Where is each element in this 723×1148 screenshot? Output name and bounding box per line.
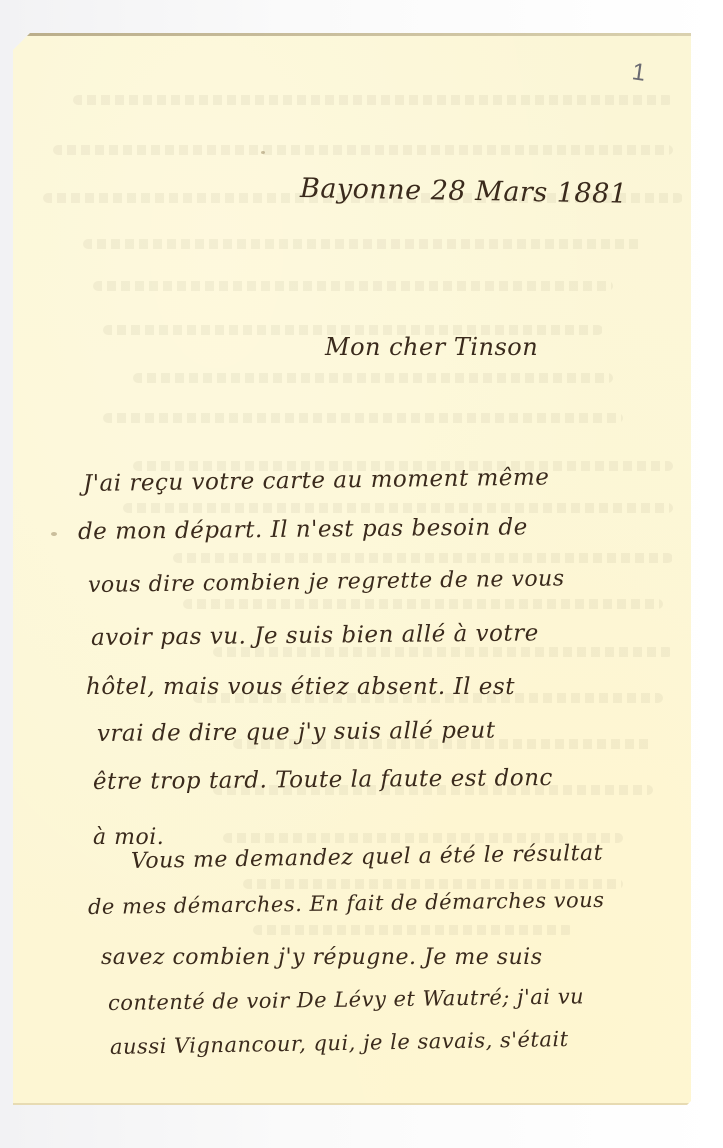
- ghost-line: [53, 145, 673, 155]
- letter-line: avoir pas vu. Je suis bien allé à votre: [91, 620, 539, 651]
- ghost-line: [123, 503, 673, 513]
- place-date: Bayonne 28 Mars 1881: [300, 173, 628, 210]
- ghost-line: [93, 281, 613, 291]
- ghost-line: [253, 925, 573, 935]
- ghost-line: [73, 95, 673, 105]
- scan-background: 1 Bayonne 28 Mars 1881 Mon cher Tinson J…: [0, 0, 723, 1148]
- letter-line: contenté de voir De Lévy et Wautré; j'ai…: [108, 984, 584, 1015]
- paper-fleck: [261, 151, 265, 154]
- letter-line: Vous me demandez quel a été le résultat: [131, 841, 603, 874]
- ghost-line: [103, 413, 623, 423]
- salutation: Mon cher Tinson: [325, 333, 538, 361]
- letter-line: hôtel, mais vous étiez absent. Il est: [86, 674, 515, 700]
- page-number: 1: [630, 58, 647, 88]
- letter-sheet: 1 Bayonne 28 Mars 1881 Mon cher Tinson J…: [13, 33, 691, 1105]
- letter-line: J'ai reçu votre carte au moment même: [83, 464, 550, 497]
- paper-fleck: [51, 532, 57, 536]
- ghost-line: [173, 553, 673, 563]
- letter-line: de mon départ. Il n'est pas besoin de: [78, 514, 528, 545]
- ghost-line: [133, 373, 613, 383]
- letter-line: vrai de dire que j'y suis allé peut: [97, 718, 496, 747]
- ghost-line: [183, 599, 663, 609]
- letter-line: vous dire combien je regrette de ne vous: [88, 566, 565, 598]
- letter-line: à moi.: [93, 825, 164, 850]
- letter-line: aussi Vignancour, qui, je le savais, s'é…: [110, 1027, 569, 1059]
- letter-line: de mes démarches. En fait de démarches v…: [88, 888, 605, 919]
- letter-line: être trop tard. Toute la faute est donc: [93, 765, 553, 795]
- letter-line: savez combien j'y répugne. Je me suis: [101, 945, 543, 970]
- ghost-line: [83, 239, 643, 249]
